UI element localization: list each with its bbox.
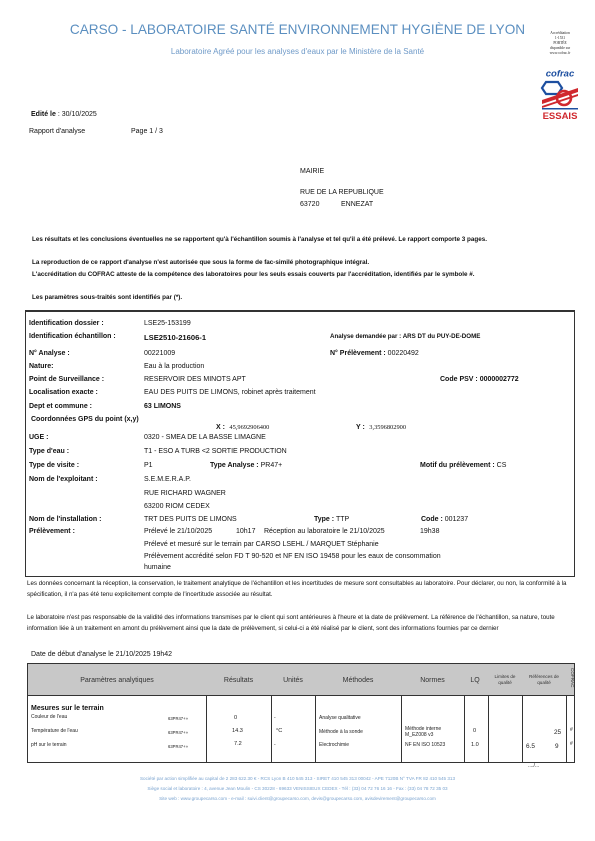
recipient-name: MAIRIE xyxy=(300,168,324,175)
exploitant-city: 63200 RIOM CEDEX xyxy=(144,503,210,510)
header-unites: Unités xyxy=(271,664,315,696)
row-param: pH sur le terrain xyxy=(31,742,67,748)
installation-value: TRT DES PUITS DE LIMONS xyxy=(144,516,237,523)
header-normes: Normes xyxy=(401,664,464,696)
identification-box xyxy=(25,310,575,577)
nature-label: Nature: xyxy=(29,363,54,370)
row-code: 63PR47+» xyxy=(168,730,188,735)
gps-y: Y : 3,3596802900 xyxy=(356,416,406,434)
prelevement-no: N° Prélèvement : 00220492 xyxy=(330,350,419,357)
lab-subtitle: Laboratoire Agréé pour les analyses d'ea… xyxy=(0,47,595,56)
column-divider xyxy=(206,696,207,762)
installation-type-value: TTP xyxy=(336,516,349,523)
exploitant-label: Nom de l'exploitant : xyxy=(29,476,98,483)
dept-label: Dept et commune : xyxy=(29,403,92,410)
section-title: Mesures sur le terrain xyxy=(31,705,104,712)
notice-subcontracted: Les paramètres sous-traités sont identif… xyxy=(32,292,552,304)
row-ref-max: 25 xyxy=(554,729,561,736)
header-params: Paramètres analytiques xyxy=(28,664,206,696)
dept-value: 63 LIMONS xyxy=(144,403,181,410)
row-unit: - xyxy=(274,715,276,721)
visite-label: Type de visite : xyxy=(29,462,79,469)
analysis-start-date: Date de début d'analyse le 21/10/2025 19… xyxy=(31,651,172,658)
visite-value: P1 xyxy=(144,462,153,469)
localisation-value: EAU DES PUITS DE LIMONS, robinet après t… xyxy=(144,389,316,396)
point-value: RESERVOIR DES MINOTS APT xyxy=(144,376,246,383)
column-divider xyxy=(271,696,272,762)
notice-results: Les résultats et les conclusions éventue… xyxy=(32,234,552,246)
installation-code: Code : 001237 xyxy=(421,516,468,523)
localisation-label: Localisation exacte : xyxy=(29,389,98,396)
preleve-date: Prélevé le 21/10/2025 xyxy=(144,528,212,535)
installation-type-label: Type : xyxy=(314,516,334,523)
analyse-no-value: 00221009 xyxy=(144,350,175,357)
nature-value: Eau à la production xyxy=(144,363,204,370)
row-method: Electrochimie xyxy=(319,742,349,748)
notice-reproduction: La reproduction de ce rapport d'analyse … xyxy=(32,257,552,269)
header-cofrac: COFRAC xyxy=(568,666,576,694)
svg-text:cofrac: cofrac xyxy=(546,69,575,80)
gps-y-label: Y : xyxy=(356,424,365,431)
cofrac-essais-logo: cofrac ESSAIS xyxy=(540,68,580,120)
header-resultats: Résultats xyxy=(206,664,271,696)
type-eau-label: Type d'eau : xyxy=(29,448,69,455)
reception-date: Réception au laboratoire le 21/10/2025 xyxy=(264,528,385,535)
page-number: Page 1 / 3 xyxy=(131,128,163,135)
svg-text:ESSAIS: ESSAIS xyxy=(543,111,578,120)
preleve-time: 10h17 xyxy=(236,528,255,535)
row-lq: 1.0 xyxy=(471,742,479,748)
point-label: Point de Surveillance : xyxy=(29,376,104,383)
header-lq: LQ xyxy=(464,664,486,696)
uge-value: 0320 - SMEA DE LA BASSE LIMAGNE xyxy=(144,434,266,441)
prelevement-no-label: N° Prélèvement : xyxy=(330,350,386,357)
column-divider xyxy=(522,696,523,762)
accreditation-note: Accréditation 1-1531 PORTÉE disponible s… xyxy=(540,31,580,56)
prelevement-accredite: Prélèvement accrédité selon FD T 90-520 … xyxy=(144,553,441,560)
code-psv-value: 0000002772 xyxy=(480,376,519,383)
requested-by-label: Analyse demandée par : xyxy=(330,333,401,340)
code-psv-label: Code PSV : xyxy=(440,376,478,383)
row-unit: °C xyxy=(276,728,282,734)
row-param: Couleur de l'eau xyxy=(31,714,67,720)
recipient-postcode: 63720 xyxy=(300,201,319,208)
installation-code-label: Code : xyxy=(421,516,443,523)
echantillon-value: LSE2510-21606-1 xyxy=(144,333,206,342)
reception-time: 19h38 xyxy=(420,528,439,535)
column-divider xyxy=(488,696,489,762)
report-type: Rapport d'analyse xyxy=(29,128,85,135)
footer-contact: Site web : www.groupecarso.com - e-mail … xyxy=(0,796,595,801)
row-method: Méthode à la sonde xyxy=(319,729,363,735)
disclaimer-responsibility: Le laboratoire n'est pas responsable de … xyxy=(27,612,567,635)
row-method: Analyse qualitative xyxy=(319,715,361,721)
continuation-mark: ..../... xyxy=(528,763,539,769)
gps-x: X : 45,9692906400 xyxy=(216,416,269,434)
column-divider xyxy=(464,696,465,762)
exploitant-street: RUE RICHARD WAGNER xyxy=(144,490,226,497)
gps-label: Coordonnées GPS du point (x,y) xyxy=(31,416,139,423)
type-eau-value: T1 - ESO A TURB <2 SORTIE PRODUCTION xyxy=(144,448,287,455)
column-divider xyxy=(401,696,402,762)
row-norme: NF EN ISO 10523 xyxy=(405,742,445,748)
recipient-street: RUE DE LA REPUBLIQUE xyxy=(300,189,384,196)
gps-y-value: 3,3596802900 xyxy=(369,424,406,431)
dossier-label: Identification dossier : xyxy=(29,320,104,327)
row-code: 63PR47+» xyxy=(168,716,188,721)
code-psv: Code PSV : 0000002772 xyxy=(440,376,519,383)
installation-label: Nom de l'installation : xyxy=(29,516,101,523)
prelevement-accredite-cont: humaine xyxy=(144,564,171,571)
requested-by: Analyse demandée par : ARS DT du PUY-DE-… xyxy=(330,333,480,340)
accreditation-line: www.cofrac.fr xyxy=(540,51,580,56)
analyse-no-label: N° Analyse : xyxy=(29,350,70,357)
motif: Motif du prélèvement : CS xyxy=(420,462,506,469)
echantillon-label: Identification échantillon : xyxy=(29,333,116,340)
row-result: 0 xyxy=(234,715,237,721)
row-param: Température de l'eau xyxy=(31,728,78,734)
row-ref-min: 6.5 xyxy=(526,743,535,750)
edition-value: : 30/10/2025 xyxy=(58,111,97,118)
installation-code-value: 001237 xyxy=(445,516,468,523)
footer-company: Société par action simplifiée au capital… xyxy=(0,776,595,781)
disclaimer-data: Les données concernant la réception, la … xyxy=(27,578,567,601)
column-divider xyxy=(315,696,316,762)
footer-address: Siège social et laboratoire : 4, avenue … xyxy=(0,786,595,791)
type-analyse-value: PR47+ xyxy=(261,462,283,469)
header-limites: Limites de qualité xyxy=(488,664,522,696)
edition-date: Edité le : 30/10/2025 xyxy=(31,111,97,118)
exploitant-name: S.E.M.E.R.A.P. xyxy=(144,476,191,483)
row-result: 14.3 xyxy=(232,728,243,734)
row-cofrac-mark: # xyxy=(570,727,573,733)
requested-by-value: ARS DT du PUY-DE-DOME xyxy=(403,333,481,340)
uge-label: UGE : xyxy=(29,434,48,441)
row-norme-ref: M_EZ008 v3 xyxy=(405,732,433,738)
motif-value: CS xyxy=(497,462,507,469)
column-divider xyxy=(566,696,567,762)
row-code: 63PR47+» xyxy=(168,744,188,749)
prelevement-no-value: 00220492 xyxy=(388,350,419,357)
recipient-city: ENNEZAT xyxy=(341,201,373,208)
row-ref-max: 9 xyxy=(555,743,559,750)
lab-title: CARSO - LABORATOIRE SANTÉ ENVIRONNEMENT … xyxy=(0,22,595,37)
edition-label: Edité le xyxy=(31,111,56,118)
installation-type: Type : TTP xyxy=(314,516,349,523)
dossier-value: LSE25-153199 xyxy=(144,320,191,327)
prelevement-label: Prélèvement : xyxy=(29,528,75,535)
header-cofrac-label: COFRAC xyxy=(570,668,575,687)
gps-x-label: X : xyxy=(216,424,225,431)
type-analyse: Type Analyse : PR47+ xyxy=(210,462,282,469)
preleve-par: Prélevé et mesuré sur le terrain par CAR… xyxy=(144,541,379,548)
motif-label: Motif du prélèvement : xyxy=(420,462,495,469)
header-references: Références de qualité xyxy=(522,664,566,696)
notice-cofrac: L'accréditation du COFRAC atteste de la … xyxy=(32,269,552,281)
gps-x-value: 45,9692906400 xyxy=(229,424,269,431)
type-analyse-label: Type Analyse : xyxy=(210,462,259,469)
row-result: 7.2 xyxy=(234,741,242,747)
row-unit: - xyxy=(274,742,276,748)
header-methodes: Méthodes xyxy=(315,664,401,696)
row-lq: 0 xyxy=(473,728,476,734)
results-table: Paramètres analytiques Résultats Unités … xyxy=(27,663,575,763)
row-cofrac-mark: # xyxy=(570,741,573,747)
